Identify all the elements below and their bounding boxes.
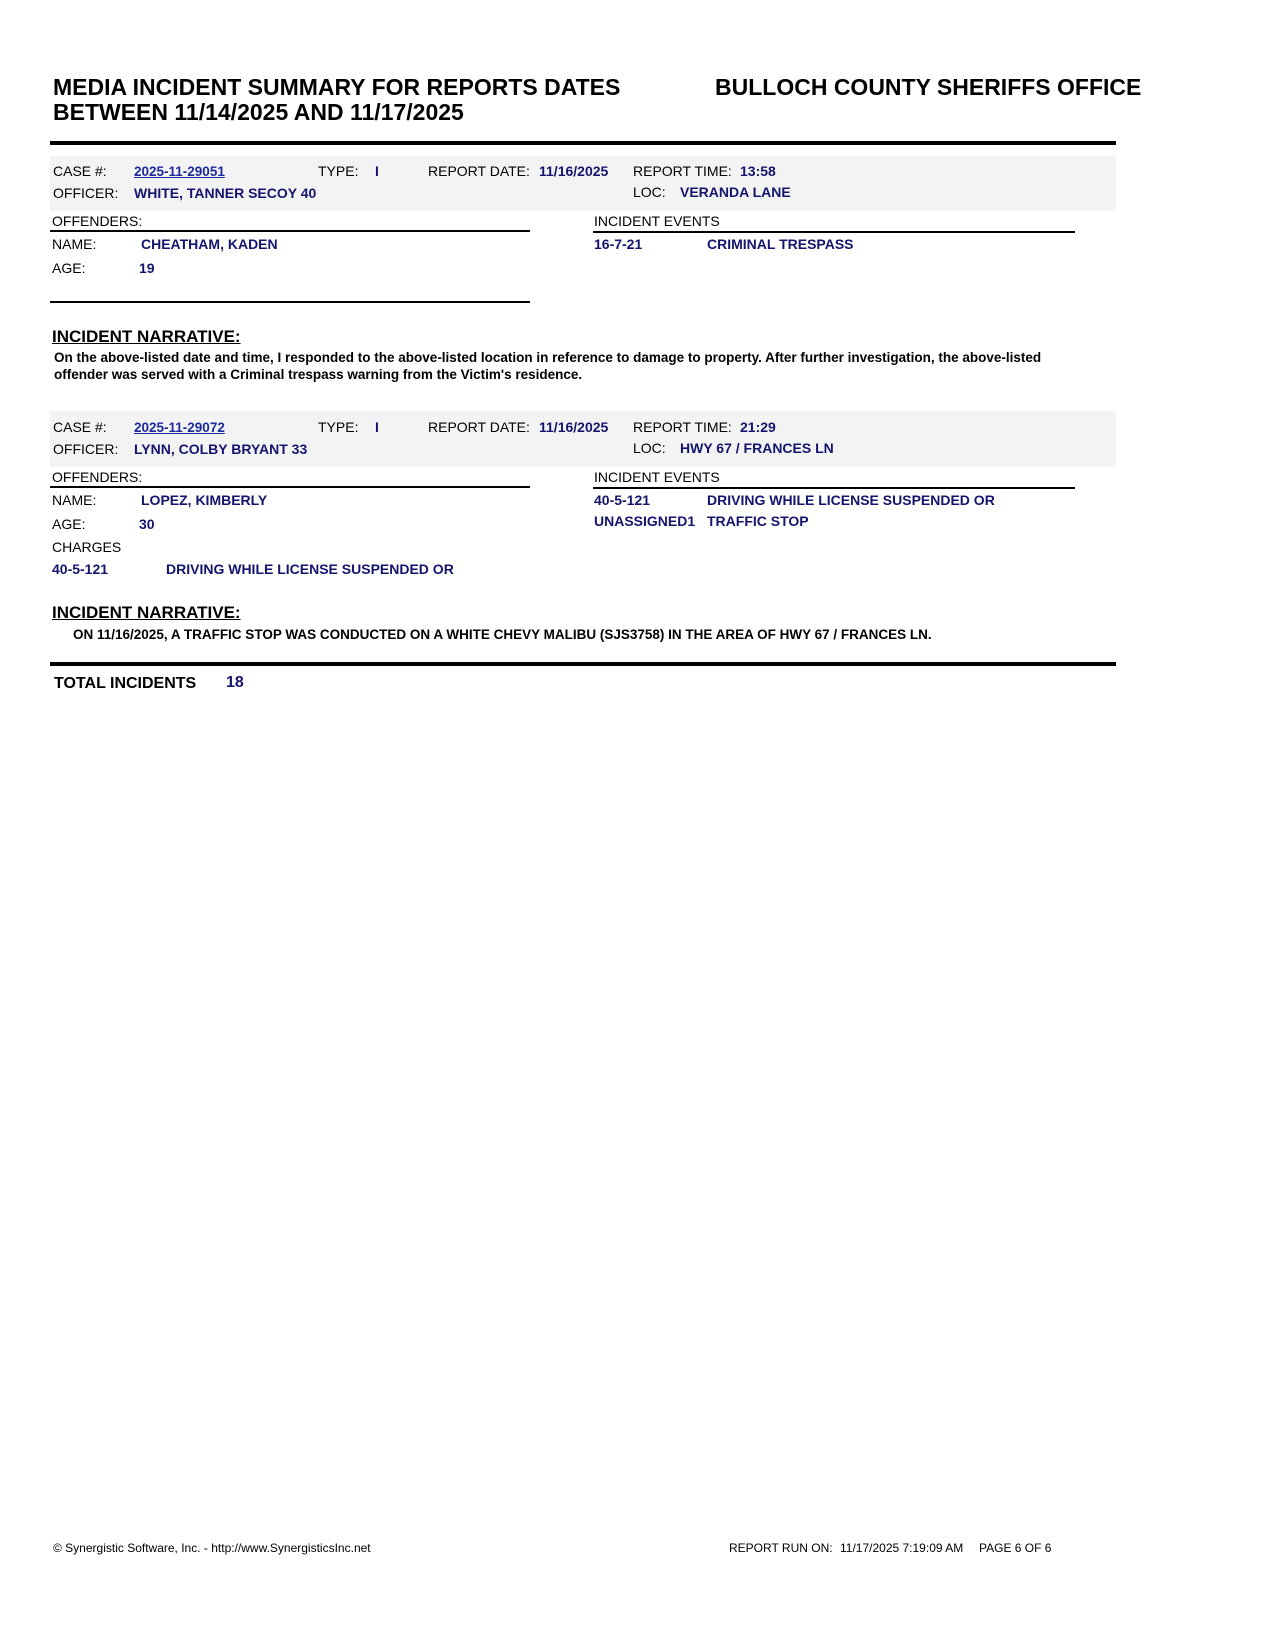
report-run-value: 11/17/2025 7:19:09 AM xyxy=(840,1541,963,1555)
report-time-value: 13:58 xyxy=(740,163,776,179)
report-date-label: REPORT DATE: xyxy=(428,419,530,435)
offender-age-value: 30 xyxy=(139,516,155,532)
narrative-text: On the above-listed date and time, I res… xyxy=(54,349,1084,383)
report-date-value: 11/16/2025 xyxy=(539,163,608,179)
agency-name: BULLOCH COUNTY SHERIFFS OFFICE xyxy=(715,74,1141,100)
incident-events-heading: INCIDENT EVENTS xyxy=(594,213,720,229)
event-description: DRIVING WHILE LICENSE SUSPENDED OR xyxy=(707,492,995,508)
loc-value: HWY 67 / FRANCES LN xyxy=(680,440,834,456)
offenders-divider xyxy=(50,486,530,488)
narrative-text: ON 11/16/2025, A TRAFFIC STOP WAS CONDUC… xyxy=(73,626,1103,643)
charges-heading: CHARGES xyxy=(52,539,121,555)
report-title-line1: MEDIA INCIDENT SUMMARY FOR REPORTS DATES xyxy=(53,74,620,100)
offender-age-label: AGE: xyxy=(52,260,85,276)
offenders-divider xyxy=(50,230,530,232)
offender-name-value: LOPEZ, KIMBERLY xyxy=(141,492,267,508)
loc-label: LOC: xyxy=(633,184,666,200)
type-value: I xyxy=(375,163,379,179)
charge-code: 40-5-121 xyxy=(52,561,108,577)
case-number-link[interactable]: 2025-11-29072 xyxy=(134,420,225,435)
event-code: 40-5-121 xyxy=(594,492,650,508)
report-time-label: REPORT TIME: xyxy=(633,419,732,435)
offenders-bottom-divider xyxy=(50,301,530,303)
events-divider xyxy=(593,487,1075,489)
type-label: TYPE: xyxy=(318,163,358,179)
report-time-label: REPORT TIME: xyxy=(633,163,732,179)
officer-value: WHITE, TANNER SECOY 40 xyxy=(134,185,316,201)
footer-copyright: © Synergistic Software, Inc. - http://ww… xyxy=(53,1541,371,1555)
offender-age-label: AGE: xyxy=(52,516,85,532)
type-value: I xyxy=(375,419,379,435)
event-code: UNASSIGNED1 xyxy=(594,513,695,529)
case-number-link[interactable]: 2025-11-29051 xyxy=(134,164,225,179)
report-time-value: 21:29 xyxy=(740,419,776,435)
incident-events-heading: INCIDENT EVENTS xyxy=(594,469,720,485)
offender-name-label: NAME: xyxy=(52,236,96,252)
report-run-label: REPORT RUN ON: xyxy=(729,1541,833,1555)
officer-value: LYNN, COLBY BRYANT 33 xyxy=(134,441,307,457)
report-date-value: 11/16/2025 xyxy=(539,419,608,435)
loc-value: VERANDA LANE xyxy=(680,184,791,200)
offenders-heading: OFFENDERS: xyxy=(52,469,142,485)
narrative-heading: INCIDENT NARRATIVE: xyxy=(52,603,241,623)
case-label: CASE #: xyxy=(53,419,107,435)
total-incidents-label: TOTAL INCIDENTS xyxy=(54,675,196,693)
total-incidents-value: 18 xyxy=(226,674,244,692)
page-indicator: PAGE 6 OF 6 xyxy=(979,1541,1051,1555)
charge-description: DRIVING WHILE LICENSE SUSPENDED OR xyxy=(166,561,454,577)
case-label: CASE #: xyxy=(53,163,107,179)
officer-label: OFFICER: xyxy=(53,441,118,457)
loc-label: LOC: xyxy=(633,440,666,456)
offender-age-value: 19 xyxy=(139,260,155,276)
event-code: 16-7-21 xyxy=(594,236,642,252)
event-description: CRIMINAL TRESPASS xyxy=(707,236,854,252)
narrative-heading: INCIDENT NARRATIVE: xyxy=(52,327,241,347)
header-divider xyxy=(50,141,1116,145)
officer-label: OFFICER: xyxy=(53,185,118,201)
offender-name-label: NAME: xyxy=(52,492,96,508)
offender-name-value: CHEATHAM, KADEN xyxy=(141,236,278,252)
report-date-label: REPORT DATE: xyxy=(428,163,530,179)
report-title-line2: BETWEEN 11/14/2025 AND 11/17/2025 xyxy=(53,99,464,125)
events-divider xyxy=(593,231,1075,233)
type-label: TYPE: xyxy=(318,419,358,435)
offenders-heading: OFFENDERS: xyxy=(52,213,142,229)
event-description: TRAFFIC STOP xyxy=(707,513,809,529)
summary-divider xyxy=(50,662,1116,666)
